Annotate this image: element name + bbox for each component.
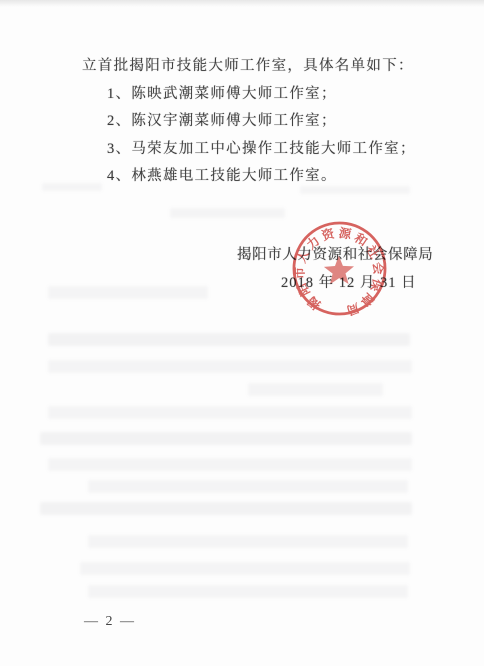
bleed-through-line — [80, 562, 410, 575]
intro-line: 立首批揭阳市技能大师工作室，具体名单如下： — [82, 53, 448, 81]
bleed-through-line — [48, 360, 412, 373]
bleed-through-mark — [42, 183, 102, 191]
page-number: — 2 — — [84, 614, 136, 630]
seal-star-icon — [324, 255, 355, 284]
bleed-through-line — [40, 502, 412, 515]
bleed-through-line — [88, 585, 408, 598]
bleed-through-line — [48, 458, 412, 471]
seal-char: 资 — [320, 225, 337, 243]
bleed-through-mark — [48, 286, 208, 299]
list-item-1: 1、陈映武潮菜师傅大师工作室； — [82, 81, 448, 109]
bleed-through-line — [248, 383, 383, 396]
bleed-through-line — [40, 432, 412, 445]
scan-edge-shadow — [0, 0, 484, 7]
seal-char: 局 — [345, 300, 362, 317]
official-red-seal: 揭阳市人力资源和社会保障局 — [283, 212, 396, 325]
scanned-document-page: 立首批揭阳市技能大师工作室，具体名单如下： 1、陈映武潮菜师傅大师工作室； 2、… — [0, 0, 484, 666]
bleed-through-line — [88, 480, 408, 493]
bleed-through-line — [48, 406, 412, 419]
bleed-through-line — [48, 333, 410, 346]
list-item-3: 3、马荣友加工中心操作工技能大师工作室； — [82, 136, 448, 164]
list-item-2: 2、陈汉宇潮菜师傅大师工作室； — [82, 108, 448, 136]
seal-char: 障 — [357, 290, 377, 310]
seal-char: 市 — [292, 266, 307, 279]
seal-char: 会 — [370, 261, 386, 275]
bleed-through-line — [88, 535, 408, 548]
seal-char: 源 — [338, 225, 353, 242]
bleed-through-mark — [300, 186, 410, 194]
bleed-through-mark — [170, 208, 285, 218]
document-body: 立首批揭阳市技能大师工作室，具体名单如下： 1、陈映武潮菜师傅大师工作室； 2、… — [82, 53, 448, 191]
